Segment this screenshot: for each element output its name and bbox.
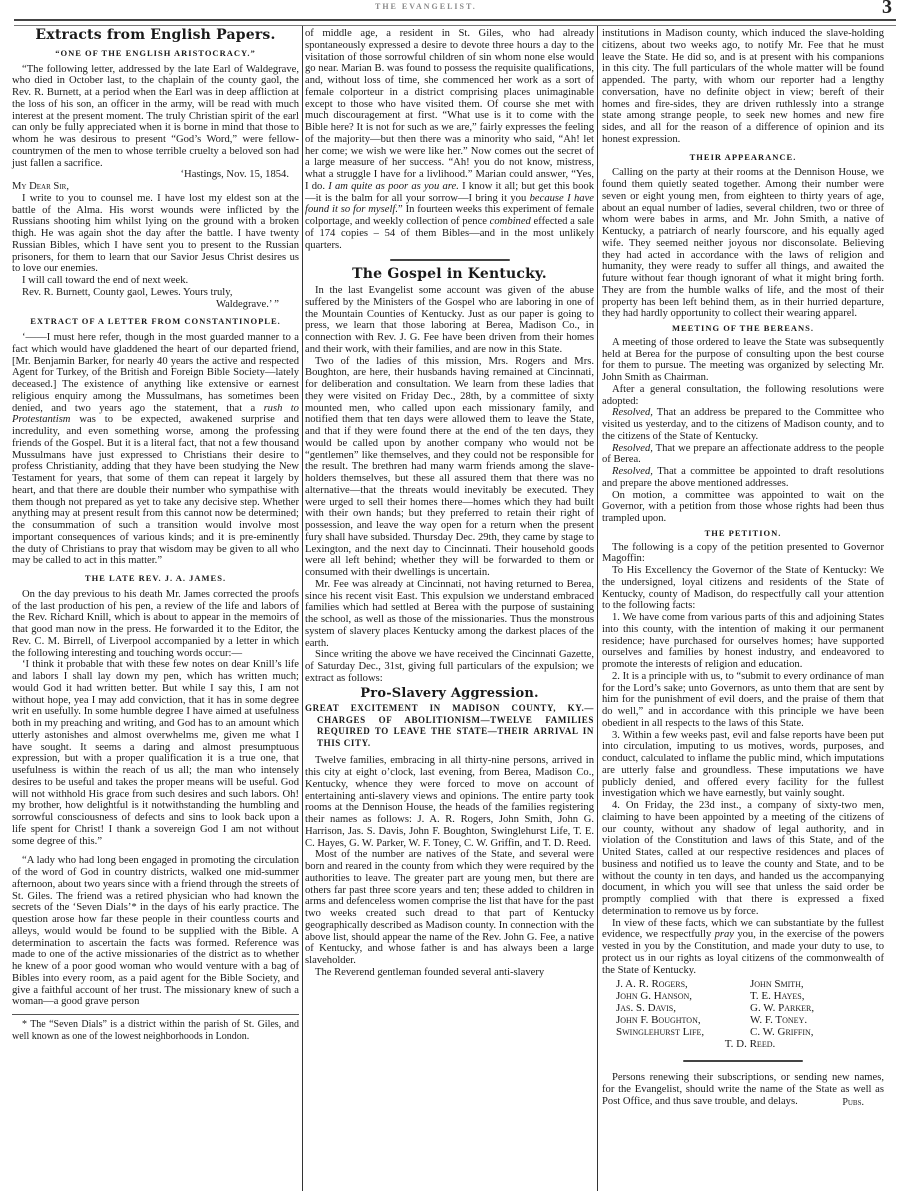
column-rule <box>597 26 598 1191</box>
signer: T. E. Hayes, <box>750 990 884 1002</box>
paragraph: I write to you to counsel me. I have los… <box>12 193 299 275</box>
page-number: 3 <box>882 0 892 19</box>
signer: John F. Boughton, <box>616 1014 750 1026</box>
paragraph: “A lady who had long been engaged in pro… <box>12 855 299 1008</box>
paragraph: To His Excellency the Governor of the St… <box>602 565 884 612</box>
resolution: Resolved, That we prepare an affectionat… <box>602 443 884 467</box>
paragraph: In view of these facts, which we can sub… <box>602 918 884 977</box>
article-heading: THE LATE REV. J. A. JAMES. <box>12 573 299 585</box>
article-subtitle: Pro-Slavery Aggression. <box>305 688 594 700</box>
signer: W. F. Toney. <box>750 1014 884 1026</box>
deck-heading: GREAT EXCITEMENT IN MADISON COUNTY, KY.—… <box>305 703 594 749</box>
petition-item: 2. It is a principle with us, to “submit… <box>602 671 884 730</box>
article-heading: THE PETITION. <box>602 528 884 540</box>
signature: Waldegrave.’ ” <box>12 299 299 311</box>
paragraph: Most of the number are natives of the St… <box>305 849 594 967</box>
signer: T. D. Reed. <box>616 1038 884 1050</box>
paragraph: The following is a copy of the petition … <box>602 542 884 566</box>
section-title: Extracts from English Papers. <box>12 30 299 42</box>
signer: Jas. S. Davis, <box>616 1002 750 1014</box>
paragraph: A meeting of those ordered to leave the … <box>602 337 884 384</box>
signer: G. W. Parker, <box>750 1002 884 1014</box>
paragraph: On motion, a committee was appointed to … <box>602 490 884 525</box>
article-heading: EXTRACT OF A LETTER FROM CONSTANTINOPLE. <box>12 316 299 328</box>
signer: C. W. Griffin, <box>750 1026 884 1038</box>
signatories: J. A. R. Rogers, John Smith, John G. Han… <box>602 978 884 1050</box>
resolution: Resolved, That an address be prepared to… <box>602 407 884 442</box>
paragraph: Two of the ladies of this mission, Mrs. … <box>305 356 594 579</box>
signer: J. A. R. Rogers, <box>616 978 750 990</box>
footnote-rule <box>12 1014 299 1015</box>
paragraph: of middle age, a resident in St. Giles, … <box>305 28 594 251</box>
paragraph: Since writing the above we have received… <box>305 649 594 684</box>
paragraph: I will call toward the end of next week. <box>12 275 299 287</box>
paragraph: The Reverend gentleman founded several a… <box>305 967 594 979</box>
signer: John G. Hanson, <box>616 990 750 1002</box>
petition-item: 4. On Friday, the 23d inst., a company o… <box>602 800 884 918</box>
paragraph: Mr. Fee was already at Cincinnati, not h… <box>305 579 594 650</box>
divider <box>683 1060 803 1062</box>
paragraph: institutions in Madison county, which in… <box>602 28 884 146</box>
salutation: My Dear Sir, <box>12 181 299 193</box>
footnote: * The “Seven Dials” is a district within… <box>12 1019 299 1042</box>
article-heading: THEIR APPEARANCE. <box>602 152 884 164</box>
paragraph: On the day previous to his death Mr. Jam… <box>12 589 299 660</box>
paragraph: Calling on the party at their rooms at t… <box>602 167 884 320</box>
article-heading: MEETING OF THE BEREANS. <box>602 323 884 335</box>
article-title: The Gospel in Kentucky. <box>305 269 594 281</box>
paragraph: Twelve families, embracing in all thirty… <box>305 755 594 849</box>
dateline: ‘Hastings, Nov. 15, 1854. <box>12 169 299 181</box>
article-heading: “ONE OF THE ENGLISH ARISTOCRACY.” <box>12 48 299 60</box>
paragraph: ‘——I must here refer, though in the most… <box>12 332 299 567</box>
resolution: Resolved, That a committee be appointed … <box>602 466 884 490</box>
column-3: institutions in Madison county, which in… <box>602 28 884 1108</box>
divider <box>390 259 510 261</box>
paragraph: In the last Evangelist some account was … <box>305 285 594 356</box>
paragraph: Rev. R. Burnett, County gaol, Lewes. You… <box>12 287 299 299</box>
column-1: Extracts from English Papers. “ONE OF TH… <box>12 28 299 1042</box>
column-rule <box>302 26 303 1191</box>
paragraph: ‘I think it probable that with these few… <box>12 659 299 847</box>
petition-item: 3. Within a few weeks past, evil and fal… <box>602 730 884 801</box>
signer: John Smith, <box>750 978 884 990</box>
column-2: of middle age, a resident in St. Giles, … <box>305 28 594 979</box>
top-rule <box>14 19 896 26</box>
petition-item: 1. We have come from various parts of th… <box>602 612 884 671</box>
signer: Swinglehurst Life, <box>616 1026 750 1038</box>
paragraph: After a general consultation, the follow… <box>602 384 884 408</box>
running-head: THE EVANGELIST. <box>375 2 477 11</box>
paragraph: “The following letter, addressed by the … <box>12 64 299 170</box>
